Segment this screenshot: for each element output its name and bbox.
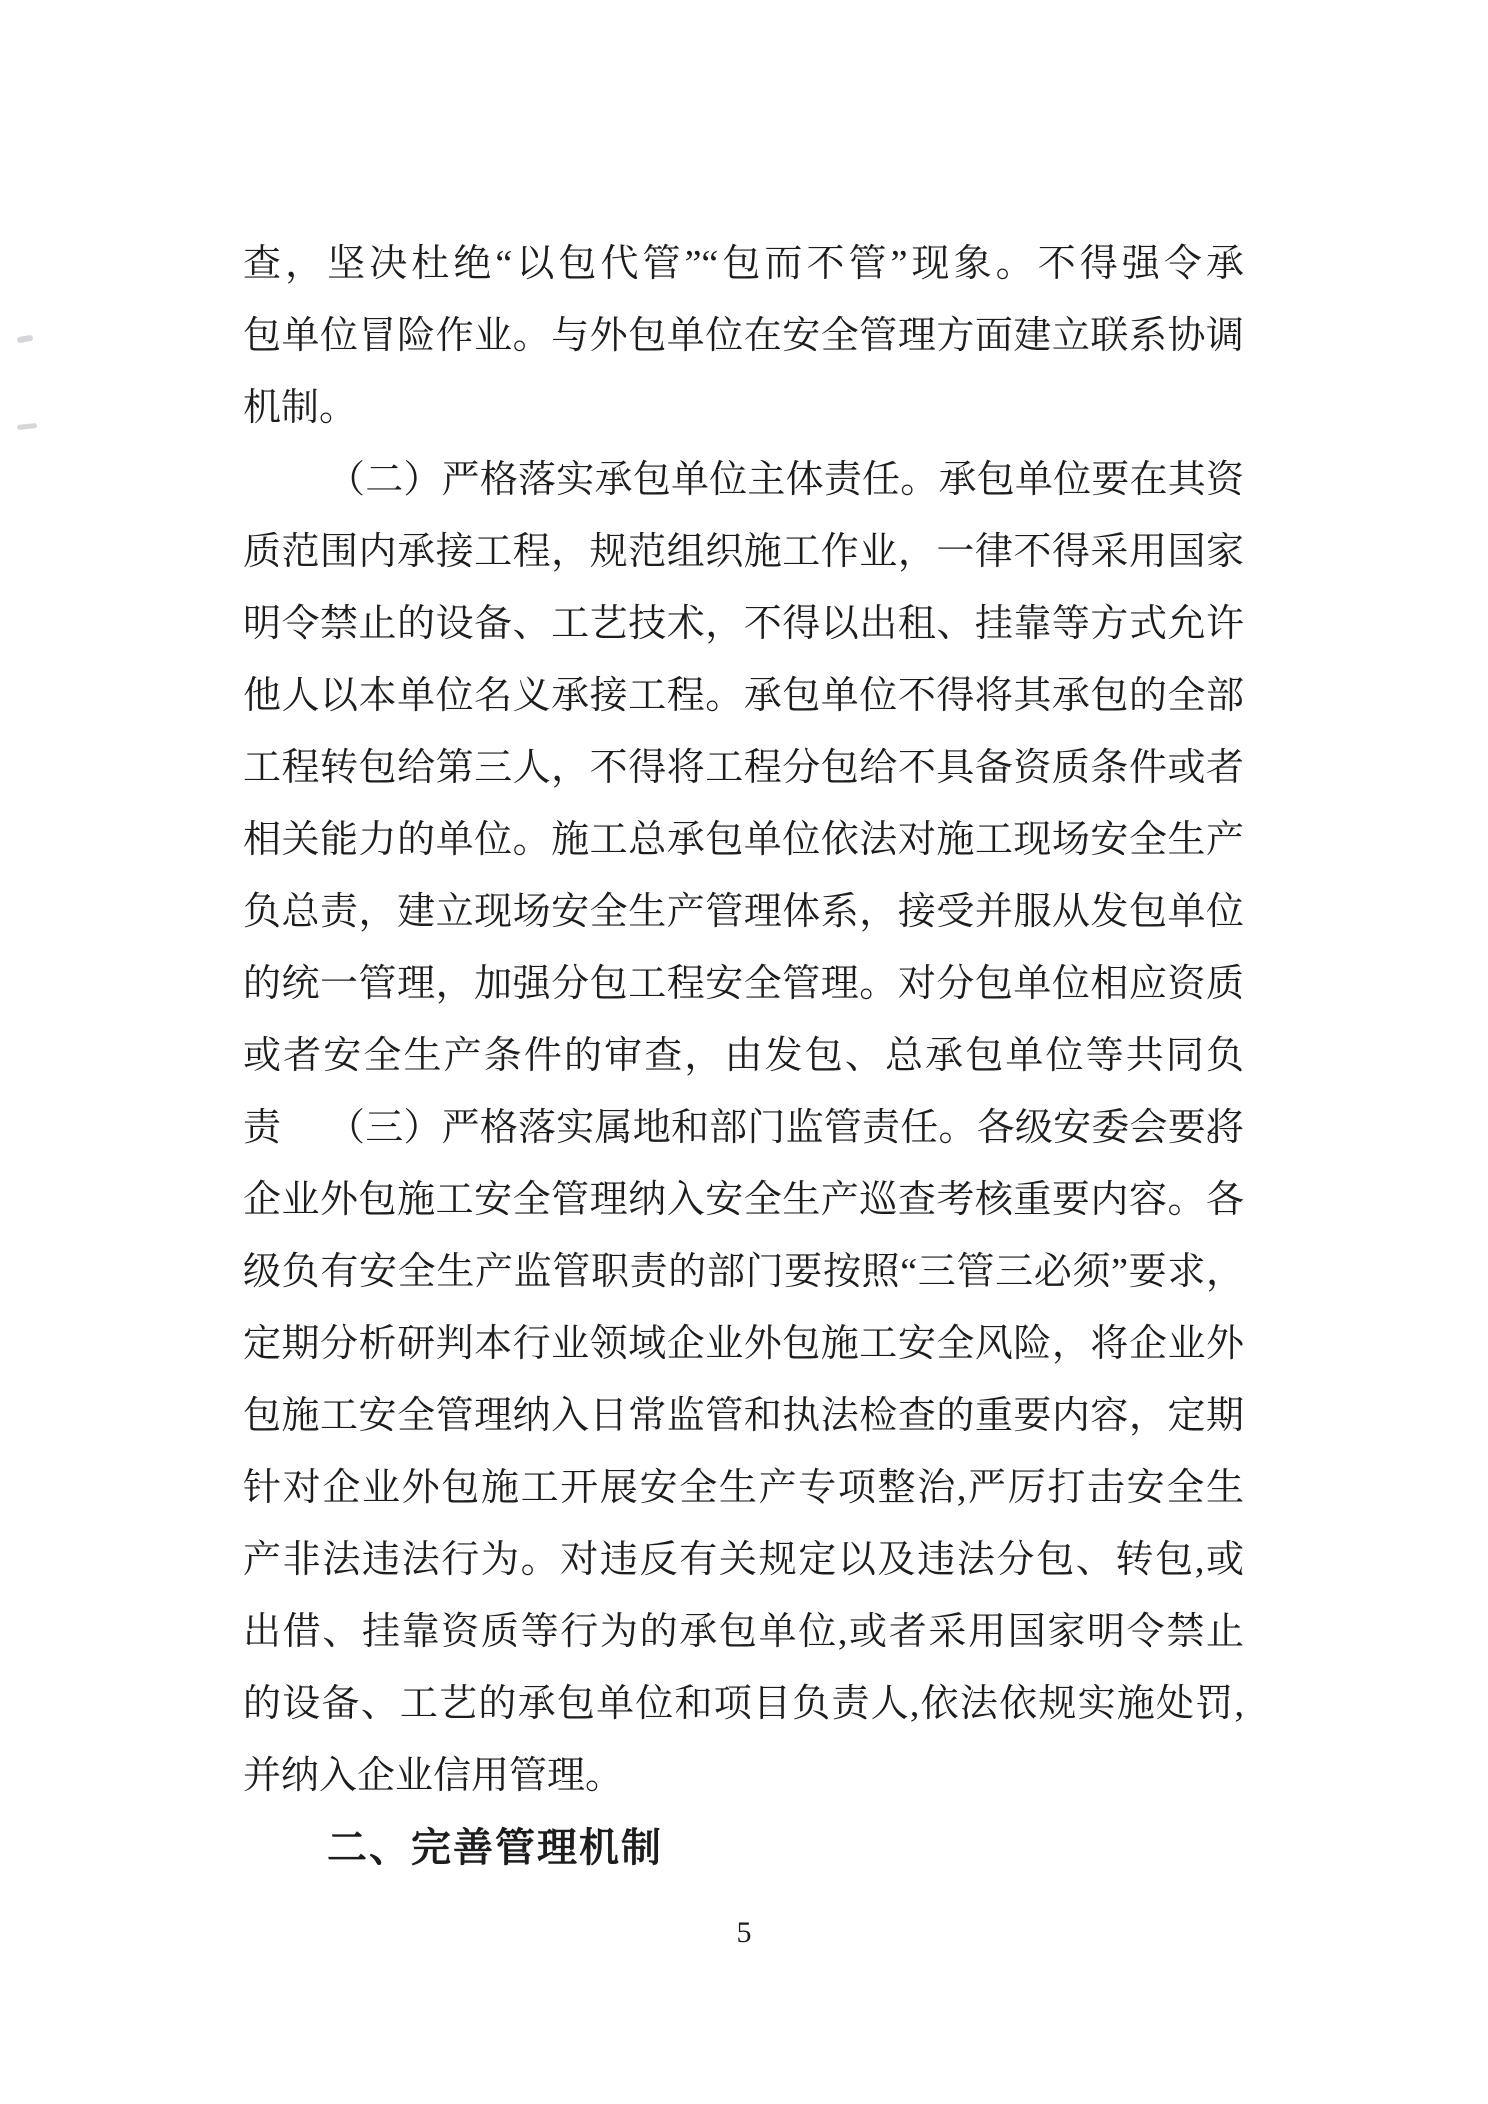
text-line: 的统一管理，加强分包工程安全管理。对分包单位相应资质 bbox=[243, 948, 1244, 1020]
text-line: 查，坚决杜绝“以包代管”“包而不管”现象。不得强令承 bbox=[243, 228, 1244, 300]
document-body: 查，坚决杜绝“以包代管”“包而不管”现象。不得强令承 包单位冒险作业。与外包单位… bbox=[243, 228, 1244, 1884]
document-page: 查，坚决杜绝“以包代管”“包而不管”现象。不得强令承 包单位冒险作业。与外包单位… bbox=[0, 0, 1488, 2104]
section-heading: 二、完善管理机制 bbox=[243, 1812, 1244, 1884]
text-line: 出借、挂靠资质等行为的承包单位,或者采用国家明令禁止 bbox=[243, 1596, 1244, 1668]
text-line: 工程转包给第三人，不得将工程分包给不具备资质条件或者 bbox=[243, 732, 1244, 804]
text-line: 明令禁止的设备、工艺技术，不得以出租、挂靠等方式允许 bbox=[243, 588, 1244, 660]
text-line-paragraph-start: （二）严格落实承包单位主体责任。承包单位要在其资 bbox=[243, 444, 1244, 516]
text-line: 针对企业外包施工开展安全生产专项整治,严厉打击安全生 bbox=[243, 1452, 1244, 1524]
text-line: 他人以本单位名义承接工程。承包单位不得将其承包的全部 bbox=[243, 660, 1244, 732]
text-line: 产非法违法行为。对违反有关规定以及违法分包、转包,或 bbox=[243, 1524, 1244, 1596]
text-line: 级负有安全生产监管职责的部门要按照“三管三必须”要求， bbox=[243, 1236, 1244, 1308]
text-line: 或者安全生产条件的审查，由发包、总承包单位等共同负责。 bbox=[243, 1020, 1244, 1092]
scan-artifact-icon bbox=[17, 423, 37, 430]
text-line: 负总责，建立现场安全生产管理体系，接受并服从发包单位 bbox=[243, 876, 1244, 948]
text-line: 定期分析研判本行业领域企业外包施工安全风险，将企业外 bbox=[243, 1308, 1244, 1380]
text-line: 包施工安全管理纳入日常监管和执法检查的重要内容，定期 bbox=[243, 1380, 1244, 1452]
scan-artifact-icon bbox=[17, 335, 34, 344]
text-line: 机制。 bbox=[243, 372, 1244, 444]
text-line: 质范围内承接工程，规范组织施工作业，一律不得采用国家 bbox=[243, 516, 1244, 588]
text-line: 并纳入企业信用管理。 bbox=[243, 1740, 1244, 1812]
text-line-paragraph-start: （三）严格落实属地和部门监管责任。各级安委会要将 bbox=[243, 1092, 1244, 1164]
text-line: 的设备、工艺的承包单位和项目负责人,依法依规实施处罚, bbox=[243, 1668, 1244, 1740]
text-line: 企业外包施工安全管理纳入安全生产巡查考核重要内容。各 bbox=[243, 1164, 1244, 1236]
text-line: 相关能力的单位。施工总承包单位依法对施工现场安全生产 bbox=[243, 804, 1244, 876]
page-number: 5 bbox=[0, 1916, 1488, 1950]
text-line: 包单位冒险作业。与外包单位在安全管理方面建立联系协调 bbox=[243, 300, 1244, 372]
